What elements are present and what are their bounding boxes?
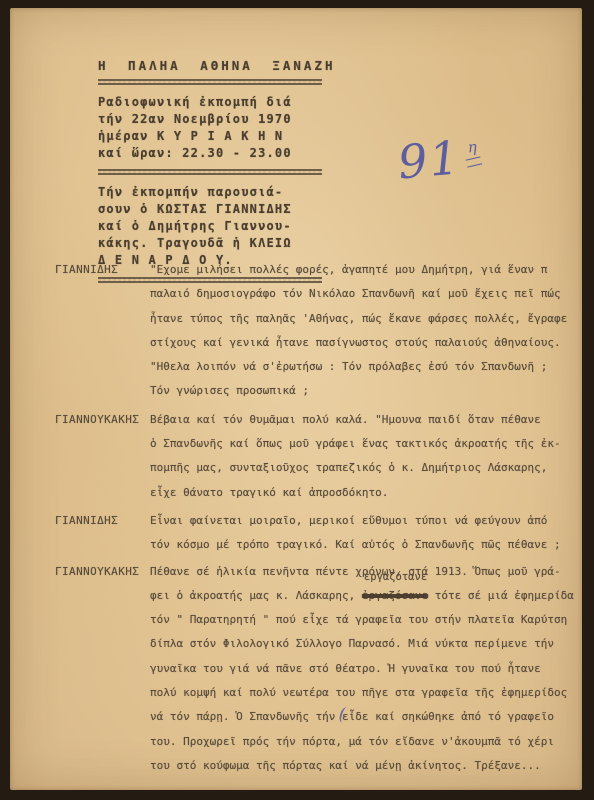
presenters-line: κάκης. Τραγουδᾶ ἡ ΚΛΕΙΩ	[98, 235, 330, 252]
dialogue-line-with-correction: φει ὁ ἀκροατής μας κ. Λάσκαρης, ἐργαζότα…	[150, 584, 579, 608]
broadcast-info-line: καί ὥραν: 22.30 - 23.00	[98, 145, 330, 162]
dialogue-line: παλαιό δημοσιογράφο τόν Νικόλαο Σπανδωνῆ…	[150, 282, 579, 306]
dialogue-line: στίχους καί γενικά ἦτανε πασίγνωστος στο…	[150, 331, 579, 355]
dialogue-line: Τόν γνώρισες προσωπικά ;	[150, 379, 579, 403]
dialogue-line: του. Προχωρεῖ πρός τήν πόρτα, μά τόν εἴδ…	[150, 730, 579, 754]
episode-number-suffix: η	[464, 139, 481, 166]
dialogue-line: εἶχε θάνατο τραγικό καί ἀπροσδόκητο.	[150, 481, 579, 505]
speaker-name: ΓΙΑΝΝΟΥΚΑΚΗΣ	[55, 408, 150, 505]
presenters-line: καί ὁ Δημήτρης Γιαννου-	[98, 218, 330, 235]
document-page: Η ΠΑΛΗΑ ΑΘΗΝΑ ΞΑΝΑΖΗ Ραδιοφωνική ἐκπομπή…	[10, 8, 582, 790]
speaker-name: ΓΙΑΝΝΙΔΗΣ	[55, 509, 150, 558]
presenters-line: σουν ὁ ΚΩΣΤΑΣ ΓΙΑΝΝΙΔΗΣ	[98, 201, 330, 218]
dialogue-line: δίπλα στόν Φιλολογικό Σύλλογο Παρνασό. Μ…	[150, 632, 579, 656]
dialogue-line: νά τόν πάρῃ. Ὁ Σπανδωνῆς τήν εἶδε καί ση…	[150, 705, 579, 729]
presenters-info: Τήν ἐκπομπήν παρουσιά- σουν ὁ ΚΩΣΤΑΣ ΓΙΑ…	[98, 184, 330, 269]
dialogue-block: ΓΙΑΝΝΙΔΗΣ Εἶναι φαίνεται μοιραῖο, μερικο…	[55, 509, 579, 558]
dialogue-line: γυναῖκα του γιά νά πᾶνε στό θέατρο. Ἡ γυ…	[150, 657, 579, 681]
page-title: Η ΠΑΛΗΑ ΑΘΗΝΑ ΞΑΝΑΖΗ	[98, 58, 330, 73]
broadcast-info-line: τήν 22αν Νοεμβρίου 1970	[98, 111, 330, 128]
dialogue-block: ΓΙΑΝΝΟΥΚΑΚΗΣ Πέθανε σέ ἡλικία πενῆντα πέ…	[55, 560, 579, 779]
speech-text: Εἶναι φαίνεται μοιραῖο, μερικοί εὔθυμοι …	[150, 509, 579, 558]
dialogue-line: Εἶναι φαίνεται μοιραῖο, μερικοί εὔθυμοι …	[150, 509, 579, 533]
speech-text: "Εχομε μιλήσει πολλές φορές, ἀγαπητέ μου…	[150, 258, 579, 404]
typed-correction-above: ἐργαζότανε	[364, 572, 427, 583]
presenters-line: Τήν ἐκπομπήν παρουσιά-	[98, 184, 330, 201]
speech-text: Πέθανε σέ ἡλικία πενῆντα πέντε χρόνων, σ…	[150, 560, 579, 779]
speaker-name: ΓΙΑΝΝΙΔΗΣ	[55, 258, 150, 404]
typed-double-rule	[98, 79, 322, 85]
dialogue-line: του στό κούφωμα τῆς πόρτας καί νά μένῃ ἀ…	[150, 754, 579, 778]
dialogue-script: ΓΙΑΝΝΙΔΗΣ "Εχομε μιλήσει πολλές φορές, ἀ…	[55, 258, 579, 778]
dialogue-line: "Ηθελα λοιπόν νά σ'ἐρωτήσω : Τόν πρόλαβε…	[150, 355, 579, 379]
dialogue-line: τόν " Παρατηρητή " πού εἶχε τά γραφεῖα τ…	[150, 608, 579, 632]
broadcast-info-line: ἡμέραν Κ Υ Ρ Ι Α Κ Η Ν	[98, 128, 330, 145]
dialogue-line: πομπῆς μας, συνταξιοῦχος τραπεζικός ὁ κ.…	[150, 456, 579, 480]
dialogue-line: Βέβαια καί τόν θυμᾶμαι πολύ καλά. "Ημουν…	[150, 408, 579, 432]
dialogue-line: ἦτανε τύπος τῆς παληᾶς 'Αθήνας, πώς ἔκαν…	[150, 307, 579, 331]
document-header: Η ΠΑΛΗΑ ΑΘΗΝΑ ΞΑΝΑΖΗ Ραδιοφωνική ἐκπομπή…	[98, 58, 330, 283]
dialogue-block: ΓΙΑΝΝΟΥΚΑΚΗΣ Βέβαια καί τόν θυμᾶμαι πολύ…	[55, 408, 579, 505]
line-part-after: τότε σέ μιά ἐφημερίδα	[428, 589, 574, 602]
episode-number: 91	[396, 134, 462, 185]
speech-text: Βέβαια καί τόν θυμᾶμαι πολύ καλά. "Ημουν…	[150, 408, 579, 505]
dialogue-line: τόν κόσμο μέ τρόπο τραγικό. Καί αὐτός ὁ …	[150, 533, 579, 557]
dialogue-block: ΓΙΑΝΝΙΔΗΣ "Εχομε μιλήσει πολλές φορές, ἀ…	[55, 258, 579, 404]
double-underline	[465, 156, 481, 167]
broadcast-info: Ραδιοφωνική ἐκπομπή διά τήν 22αν Νοεμβρί…	[98, 94, 330, 162]
handwritten-episode-number: 91 η	[396, 132, 482, 185]
struck-word: ἐργαζόσανε	[362, 589, 428, 602]
dialogue-line: πολύ κομψή καί πολύ νεωτέρα του πῆγε στα…	[150, 681, 579, 705]
typed-double-rule	[98, 169, 322, 175]
dialogue-line: ὁ Σπανδωνῆς καί ὅπως μοῦ γράφει ἕνας τακ…	[150, 432, 579, 456]
dialogue-line: "Εχομε μιλήσει πολλές φορές, ἀγαπητέ μου…	[150, 258, 579, 282]
broadcast-info-line: Ραδιοφωνική ἐκπομπή διά	[98, 94, 330, 111]
struck-word-wrap: ἐργαζότανεἐργαζόσανε	[362, 584, 428, 608]
speaker-name: ΓΙΑΝΝΟΥΚΑΚΗΣ	[55, 560, 150, 779]
line-part-before: φει ὁ ἀκροατής μας κ. Λάσκαρης,	[150, 589, 362, 602]
